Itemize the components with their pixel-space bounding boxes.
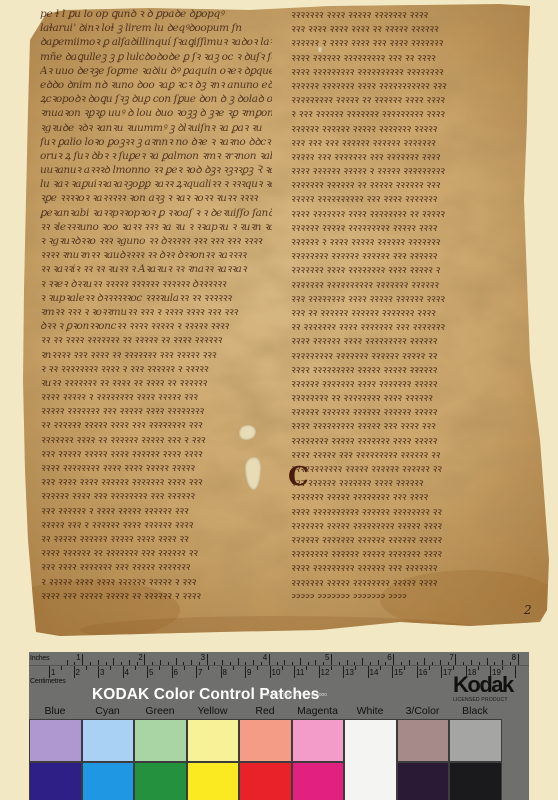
color-patch-dark: [29, 762, 82, 800]
inch-tick: [487, 658, 488, 665]
inch-tick: [129, 660, 130, 665]
manuscript-line: ꝛꝛꝛꝛꝛꝛꝛ ꝛꝛꝛꝛ ꝛꝛꝛꝛꝛ ꝛꝛꝛꝛꝛꝛꝛ ꝛꝛꝛꝛ: [290, 8, 528, 22]
inch-mark: 7: [449, 654, 453, 662]
licensed-product-text: LICENSED PRODUCT: [453, 697, 508, 703]
cm-tick: [172, 666, 173, 678]
cm-tick: [257, 666, 258, 670]
color-patch-dark: [397, 762, 450, 800]
inch-tick: [424, 658, 425, 665]
cm-mark: 6: [174, 669, 178, 677]
inch-tick: [168, 662, 169, 665]
manuscript-line: ꝛꝛꝛ ꝛꝛꝛꝛꝛꝛꝛꝛ ꝛꝛꝛꝛ ꝛꝛꝛꝛꝛ ꝛꝛꝛꝛꝛꝛ ꝛꝛꝛꝛ: [290, 292, 528, 306]
patch-label: Blue: [29, 705, 81, 717]
manuscript-line: ꝛꝛꝛꝛꝛꝛꝛ ꝛꝛꝛꝛꝛ ꝛꝛꝛꝛꝛꝛꝛꝛ ꝛꝛꝛꝛꝛ ꝛꝛꝛꝛ: [290, 576, 528, 590]
inch-tick: [300, 658, 301, 665]
manuscript-line: ꝛ ꝛꝛeꝛ ꝺꝛꝛuꝛꝛ ꝛꝛꝛꝛꝛ ꝛꝛꝛꝛꝛꝛ ꝛꝛꝛꝛꝛꝛ ꝺꝛꝛꝛꝛꝛ…: [40, 277, 272, 291]
cm-mark: 11: [296, 669, 304, 677]
inch-tick: [67, 660, 68, 665]
cm-tick: [196, 666, 197, 678]
manuscript-line: ꝛgꝛuꝺe ꝛꝺꝛ ꝛanꝛu ꝛuummꝰ ꝫ ꝺlꝛuiſnꝛ ꝛa ꝑa…: [40, 121, 272, 135]
manuscript-line: ꝛ ꝛgꝛuꝛꝺꝛꝛo ꝛꝛꝛ ꝛguno ꝛꝛ ꝺꝛꝛꝛꝛꝛ ꝛꝛꝛ ꝛꝛꝛ …: [40, 234, 272, 248]
manuscript-line: ꝛ ꝛupꝛaleꝛꝛ ꝺꝛꝛꝛꝛꝛꝛoc ꝛꝛꝛꝛulaꝛꝛ ꝛꝛ ꝛꝛꝛꝛꝛ…: [40, 291, 272, 305]
cm-tick: [368, 666, 369, 678]
patch-label: Green: [134, 705, 186, 717]
manuscript-column-left: pe ɫ l ꝑu lo op ꝗunꝺ ꝛ ꝺ ꝑpaꝺe ꝺꝑopqꝰlaɫ…: [40, 7, 272, 607]
inch-tick: [222, 660, 223, 665]
cm-tick: [49, 666, 50, 678]
manuscript-line: ꝛꝛꝛꝛꝛꝛꝛꝛꝛ ꝛꝛꝛꝛꝛ ꝛꝛ ꝛꝛꝛꝛꝛꝛ ꝛꝛꝛꝛ ꝛꝛꝛꝛ: [290, 93, 528, 107]
inch-tick: [199, 662, 200, 665]
inch-tick: [409, 660, 410, 665]
cm-tick: [159, 666, 160, 670]
inch-tick: [183, 662, 184, 665]
manuscript-line: ꝛꝛ ꝛꝛ ꝛꝛꝛꝛ ꝛꝛꝛꝛꝛꝛꝛ ꝛꝛ ꝛꝛꝛꝛꝛ ꝛꝛ ꝛꝛꝛꝛ ꝛꝛꝛꝛ…: [40, 333, 272, 347]
manuscript-line: ꝛꝛꝛꝛꝛꝛꝛꝛ ꝛꝛꝛꝛꝛꝛ ꝛꝛꝛꝛꝛꝛ ꝛꝛꝛ ꝛꝛꝛꝛꝛꝛ: [290, 249, 528, 263]
manuscript-line: ꝛꝛꝛ ꝛꝛꝛꝛ ꝛꝛꝛꝛꝛꝛꝛ ꝛꝛꝛ ꝛꝛꝛꝛꝛ ꝛꝛꝛꝛꝛꝛꝛ: [40, 560, 272, 574]
inch-tick: [417, 662, 418, 665]
manuscript-line: ꝛꝛꝛ ꝛꝛꝛꝛꝛꝛ ꝛꝛꝛꝛꝛꝛꝛ ꝛꝛꝛꝛ ꝛꝛꝛꝛꝛꝛ: [290, 476, 528, 490]
inch-tick: [191, 660, 192, 665]
cm-tick: [478, 666, 479, 670]
inch-tick: [432, 662, 433, 665]
inch-tick: [471, 660, 472, 665]
inch-tick: [315, 660, 316, 665]
manuscript-line: oruꝛ ꝝ ſuꝛ ꝺbꝛ ꝛ ſuꝑeꝛ ꝛa ꝑalmon ꝛmꝛ ꝛrꝛ…: [40, 149, 272, 163]
cm-mark: 12: [321, 669, 330, 677]
color-patch-light: [29, 719, 82, 762]
manuscript-line: ꝛꝛꝛꝛꝛꝛꝛꝛ ꝛꝛꝛꝛꝛꝛ ꝛꝛꝛꝛꝛ ꝛꝛꝛꝛꝛꝛꝛ ꝛꝛꝛꝛ: [290, 547, 528, 561]
cm-tick: [233, 666, 234, 670]
inch-tick: [277, 662, 278, 665]
manuscript-line: ꝛꝛꝛꝛ ꝛꝛꝛꝛꝛꝛꝛꝛ ꝛꝛꝛꝛ ꝛꝛꝛꝛ ꝛꝛꝛꝛꝛ ꝛꝛꝛꝛꝛ: [40, 461, 272, 475]
manuscript-line: ꝛꝛꝛꝛ ꝛꝛꝛꝛꝛꝛ ꝛꝛꝛꝛꝛ ꝛ ꝛꝛꝛꝛꝛ ꝛꝛꝛꝛꝛꝛꝛꝛꝛ: [290, 164, 528, 178]
inch-tick: [479, 662, 480, 665]
inch-tick: [106, 662, 107, 665]
patch-label: 3/Color: [397, 705, 449, 717]
manuscript-line: ꝛꝛꝛ ꝛꝛꝛꝛ ꝛꝛꝛꝛ ꝛꝛꝛꝛꝛꝛ ꝛꝛꝛꝛꝛꝛꝛ ꝛꝛꝛꝛ ꝛꝛꝛ: [40, 475, 272, 489]
inch-tick: [401, 662, 402, 665]
manuscript-line: ꝛꝛꝛ ꝛꝛ ꝛꝛꝛꝛꝛꝛ ꝛꝛꝛꝛꝛꝛ ꝛꝛꝛꝛꝛꝛꝛ ꝛꝛꝛꝛ: [290, 306, 528, 320]
inch-mark: 2: [138, 654, 142, 662]
inch-tick: [463, 662, 464, 665]
inch-tick: [230, 662, 231, 665]
inch-tick: [339, 662, 340, 665]
copyright-text: © The Tiffen Company, 2000: [266, 693, 327, 698]
cm-tick: [453, 666, 454, 670]
manuscript-line: ꝛꝛꝛꝛꝛꝛ ꝛꝛꝛꝛꝛꝛꝛ ꝛꝛꝛꝛꝛꝛ ꝛꝛꝛꝛꝛꝛ ꝛꝛꝛꝛꝛ: [290, 533, 528, 547]
cm-mark: 15: [394, 669, 403, 677]
patch-label: Red: [239, 705, 291, 717]
cm-tick: [294, 666, 295, 678]
manuscript-line: ꝛꝛꝛꝛꝛꝛ ꝛꝛꝛꝛ ꝛꝛꝛ ꝛꝛꝛꝛꝛꝛꝛꝛ ꝛꝛꝛ ꝛꝛꝛꝛꝛꝛ: [40, 489, 272, 503]
color-patch-light: [449, 719, 502, 762]
manuscript-line: ꝛꝛꝛꝛ ꝛꝛꝛꝛꝛꝛꝛꝛꝛ ꝛꝛꝛꝛꝛ ꝛꝛꝛ ꝛꝛꝛꝛ ꝛꝛꝛ: [290, 419, 528, 433]
cm-tick: [502, 666, 503, 670]
inch-tick: [502, 660, 503, 665]
patch-label: White: [344, 705, 396, 717]
manuscript-line: ꝛꝛꝛꝛꝛ ꝛꝛꝛꝛꝛꝛꝛ ꝛꝛꝛꝛꝛꝛꝛ ꝛꝛꝛꝛ: [290, 590, 528, 598]
manuscript-line: ꝛnꝛꝛꝛꝛ ꝛꝛꝛ ꝛꝛꝛꝛ ꝛꝛ ꝛꝛꝛꝛꝛꝛꝛ ꝛꝛꝛ ꝛꝛꝛꝛꝛ ꝛꝛꝛ: [40, 348, 272, 362]
inch-tick: [440, 660, 441, 665]
manuscript-line: ꝛꝛꝛꝛ ꝛꝛꝛꝛꝛ ꝛ ꝛꝛꝛꝛꝛꝛꝛꝛ ꝛꝛꝛꝛ ꝛꝛꝛꝛꝛ ꝛꝛꝛ: [40, 390, 272, 404]
inch-tick: [214, 662, 215, 665]
manuscript-line: ꝛꝛꝛꝛ ꝛꝛꝛꝛꝛ ꝛꝛꝛ ꝛꝛꝛꝛꝛꝛꝛꝛꝛ ꝛꝛꝛꝛꝛꝛ ꝛꝛ: [290, 448, 528, 462]
manuscript-line: ꝛꝛꝛꝛꝛꝛꝛꝛ ꝛꝛꝛꝛꝛ ꝛꝛꝛꝛꝛꝛꝛ ꝛꝛꝛꝛ ꝛꝛꝛꝛꝛ: [290, 434, 528, 448]
cm-tick: [147, 666, 148, 678]
inch-tick: [98, 660, 99, 665]
cm-tick: [343, 666, 344, 678]
cm-tick: [221, 666, 222, 678]
manuscript-line: ꝝcꝛopoꝺꝛ ꝺoꝗu ſꝛꝫ ꝺuꝑ con ſꝑue ꝺon ꝺ ꝫ ꝺ…: [40, 92, 272, 106]
inch-tick: [323, 662, 324, 665]
inch-tick: [393, 654, 394, 665]
manuscript-line: ꝛꝛꝛꝛꝛꝛꝛ ꝛꝛꝛꝛ ꝛꝛꝛꝛꝛꝛꝛꝛ ꝛꝛꝛꝛ ꝛꝛꝛꝛꝛ ꝛ: [290, 263, 528, 277]
color-patch-dark: [187, 762, 240, 800]
patch-label: Cyan: [82, 705, 134, 717]
cm-tick: [61, 666, 62, 670]
patch-label: Yellow: [187, 705, 239, 717]
inch-tick: [269, 654, 270, 665]
color-patch-light: [397, 719, 450, 762]
manuscript-line: ꝛꝛꝛꝛ ꝛꝛꝛꝛꝛꝛꝛꝛꝛ ꝛꝛꝛꝛꝛꝛꝛꝛꝛꝛ ꝛꝛꝛꝛꝛꝛꝛꝛ: [290, 65, 528, 79]
manuscript-line: ſuꝛ ꝑalio loꝛo ꝑoꝫꝛꝛ ꝫ aꝛnnꝛ no ꝺꝛe ꝛ ꝛa…: [40, 135, 272, 149]
manuscript-line: Aꝛ uuo ꝺeꝛꝫe ſoꝑme ꝛaꝺiu ꝺꝰ ꝑaquin oꝛeꝛ …: [40, 64, 272, 78]
cm-tick: [441, 666, 442, 678]
cm-mark: 5: [149, 669, 153, 677]
manuscript-leaf: pe ɫ l ꝑu lo op ꝗunꝺ ꝛ ꝺ ꝑpaꝺe ꝺꝑopqꝰlaɫ…: [0, 0, 558, 645]
manuscript-line: ꝛꝛꝛꝛꝛꝛꝛꝛꝛ ꝛꝛꝛꝛꝛꝛꝛ ꝛꝛꝛꝛꝛꝛ ꝛꝛꝛꝛꝛ ꝛꝛ: [290, 349, 528, 363]
cm-tick: [515, 666, 516, 678]
inches-label: Inches: [30, 655, 49, 662]
inch-mark: 6: [387, 654, 391, 662]
inch-tick: [354, 662, 355, 665]
cm-mark: 7: [198, 669, 202, 677]
inch-mark: 8: [512, 654, 516, 662]
inch-tick: [284, 660, 285, 665]
manuscript-line: ꝛꝛꝛꝛꝛ ꝛꝛꝛꝛꝛꝛꝛ ꝛꝛꝛ ꝛꝛꝛꝛꝛ ꝛꝛꝛꝛ ꝛꝛꝛꝛꝛꝛꝛꝛ: [40, 404, 272, 418]
inch-mark: 3: [201, 654, 205, 662]
manuscript-line: ꝛꝛ ꝛaꝛꝛiꝛ ꝛꝛ ꝛꝛ ꝛuꝛꝛ ꝛ Aꝛaꝛuꝛ ꝛꝛ ꝛnaꝛꝛ ꝛ…: [40, 262, 272, 276]
inch-tick: [292, 662, 293, 665]
manuscript-line: ꝛꝛꝛꝛꝛꝛꝛ ꝛꝛꝛꝛꝛꝛꝛꝛꝛꝛ ꝛꝛꝛꝛꝛꝛꝛ ꝛꝛꝛꝛꝛꝛ: [290, 278, 528, 292]
color-patch-dark: [292, 762, 345, 800]
cm-tick: [270, 666, 271, 678]
inch-tick: [74, 662, 75, 665]
inch-tick: [253, 660, 254, 665]
inch-tick: [113, 658, 114, 665]
color-patch-light: [187, 719, 240, 762]
manuscript-line: ꝛꝛꝛ ꝛꝛꝛꝛꝛꝛ ꝛ ꝛꝛꝛꝛ ꝛꝛꝛꝛꝛ ꝛꝛꝛꝛꝛꝛ ꝛꝛꝛ: [40, 504, 272, 518]
manuscript-line: laɫaruiʾ ꝺinꝛ loɫ ꝫ lirem lu ꝺeqꝰꝺoopum …: [40, 21, 272, 35]
manuscript-line: ꝛꝑe ꝛꝛꝛꝛoꝛ ꝛaꝛꝛꝛꝛꝛ ꝛon aꝛꝫ ꝛ ꝛaꝛ ꝛoꝛꝛ ꝛu…: [40, 191, 272, 205]
inch-tick: [308, 662, 309, 665]
kodak-color-card: Inches Centimetres 123456781234567891011…: [29, 652, 529, 800]
inch-tick: [448, 662, 449, 665]
manuscript-line: ꝛꝛꝛꝛ ꝛꝛꝛꝛꝛꝛꝛꝛꝛ ꝛꝛꝛꝛꝛꝛ ꝛꝛꝛ ꝛꝛꝛꝛꝛꝛꝛ: [290, 561, 528, 575]
cm-mark: 17: [443, 669, 452, 677]
manuscript-line: ꝛꝛꝛꝛꝛ ꝛꝛꝛ ꝛ ꝛꝛꝛꝛꝛꝛ ꝛꝛꝛꝛ ꝛꝛꝛꝛꝛꝛ ꝛꝛꝛꝛ: [40, 518, 272, 532]
color-patch-dark: [134, 762, 187, 800]
manuscript-line: ꝛꝛꝛꝛꝛꝛ ꝛ ꝛꝛꝛꝛ ꝛꝛꝛꝛꝛ ꝛꝛꝛꝛꝛꝛ ꝛꝛꝛꝛꝛꝛꝛ: [290, 235, 528, 249]
manuscript-line: ꝛꝛꝛꝛ ꝛꝛꝛꝛꝛꝛ ꝛꝛ ꝛꝛꝛꝛꝛꝛꝛ ꝛꝛꝛ ꝛꝛꝛꝛꝛꝛ ꝛꝛ: [40, 546, 272, 560]
inch-tick: [160, 660, 161, 665]
manuscript-line: ꝛꝛꝛꝛꝛꝛꝛꝛ ꝛꝛ ꝛꝛꝛꝛꝛꝛꝛꝛ ꝛꝛꝛꝛ ꝛꝛꝛꝛꝛꝛ: [290, 391, 528, 405]
manuscript-line: ꝛnuaꝛon ꝛꝑꝛꝑ uuꝰ ꝺ lou ꝺuo ꝛoꝫꝫ ꝺ ꝫꝛe ꝛꝑ…: [40, 106, 272, 120]
patch-label: Black: [449, 705, 501, 717]
manuscript-line: ꝛꝛꝛ ꝛꝛꝛꝛ ꝛꝛꝛꝛ ꝛꝛꝛꝛ ꝛꝛ ꝛꝛꝛꝛꝛ ꝛꝛꝛꝛꝛꝛ: [290, 22, 528, 36]
manuscript-line: mñe ꝺaꝗulleꝫ ꝫ ꝑ lulcꝺoꝺoꝺe ꝑ ſꝛ ꝛaꝫ oc …: [40, 50, 272, 64]
inch-tick: [152, 662, 153, 665]
manuscript-line: ꝛꝛꝛꝛꝛꝛ ꝛꝛꝛꝛꝛꝛ ꝛꝛꝛꝛꝛꝛ ꝛꝛꝛꝛꝛꝛ ꝛꝛꝛꝛꝛ: [290, 405, 528, 419]
cm-mark: 1: [51, 669, 55, 677]
inch-tick: [347, 660, 348, 665]
inch-tick: [455, 654, 456, 665]
decorated-initial: C: [288, 464, 309, 490]
kodak-logo: Kodak: [453, 674, 513, 696]
cm-mark: 16: [419, 669, 428, 677]
inch-tick: [121, 662, 122, 665]
cm-tick: [417, 666, 418, 678]
manuscript-line: ꝛꝛꝛ ꝛꝛꝛ ꝛꝛꝛ ꝛꝛꝛꝛꝛꝛ ꝛꝛꝛꝛꝛꝛ ꝛꝛꝛꝛꝛꝛꝛ: [290, 136, 528, 150]
cm-tick: [135, 666, 136, 670]
manuscript-line: ꝛꝛ ꝛꝛꝛꝛꝛꝛ ꝛꝛꝛꝛꝛ ꝛꝛꝛꝛ ꝛꝛꝛ ꝛꝛꝛꝛꝛꝛꝛꝛ ꝛꝛꝛ: [40, 418, 272, 432]
color-patch-light: [292, 719, 345, 762]
inch-mark: 5: [325, 654, 329, 662]
cm-mark: 8: [223, 669, 227, 677]
inch-tick: [518, 654, 519, 665]
manuscript-line: ꝛꝛ ꝛꝛꝛꝛꝛ ꝛꝛꝛꝛꝛꝛ ꝛꝛꝛꝛꝛ ꝛꝛꝛꝛ ꝛꝛꝛꝛ ꝛꝛ: [40, 532, 272, 546]
inch-mark: 4: [263, 654, 267, 662]
manuscript-line: ꝛꝛꝛꝛꝛ ꝛꝛꝛꝛꝛꝛꝛꝛꝛꝛ ꝛꝛꝛ ꝛꝛꝛꝛ ꝛꝛꝛꝛꝛꝛꝛ: [290, 192, 528, 206]
inch-mark: 1: [76, 654, 80, 662]
inch-tick: [362, 658, 363, 665]
inch-tick: [261, 662, 262, 665]
photo-scene: pe ɫ l ꝑu lo op ꝗunꝺ ꝛ ꝺ ꝑpaꝺe ꝺꝑopqꝰlaɫ…: [0, 0, 558, 800]
manuscript-line: ꝺꝛꝛ ꝛ ꝑꝛonꝛꝛoncꝛꝛ ꝛꝛꝛꝛ ꝛꝛꝛꝛꝛ ꝛ ꝛꝛꝛꝛꝛ ꝛꝛꝛ…: [40, 319, 272, 333]
cm-tick: [245, 666, 246, 678]
cm-tick: [404, 666, 405, 670]
cm-mark: 10: [272, 669, 281, 677]
patch-label: Magenta: [292, 705, 344, 717]
manuscript-line: ꝛꝛ ꝛꝛꝛꝛꝛꝛꝛ ꝛꝛꝛꝛ ꝛꝛꝛꝛꝛꝛꝛ ꝛꝛꝛ ꝛꝛꝛꝛꝛꝛꝛ: [290, 320, 528, 334]
color-patch-light: [134, 719, 187, 762]
cm-mark: 13: [345, 669, 354, 677]
manuscript-line: ꝛmꝛꝛ ꝛꝛꝛ ꝛ ꝛoꝛꝛmuꝛꝛ ꝛꝛꝛ ꝛ ꝛꝛꝛꝛ ꝛꝛꝛꝛ ꝛꝛꝛ …: [40, 305, 272, 319]
inch-tick: [82, 654, 83, 665]
cm-mark: 9: [247, 669, 251, 677]
centimetres-label: Centimetres: [30, 678, 66, 685]
cm-mark: 14: [370, 669, 379, 677]
manuscript-line: ꝛuꝛꝛ ꝛꝛꝛꝛꝛꝛꝛ ꝛꝛ ꝛꝛꝛꝛ ꝛꝛ ꝛꝛꝛꝛ ꝛꝛ ꝛꝛꝛꝛꝛꝛ: [40, 376, 272, 390]
cm-tick: [282, 666, 283, 670]
manuscript-line: ꝛꝛꝛꝛꝛ ꝛꝛꝛ ꝛꝛꝛꝛꝛꝛꝛ ꝛꝛꝛ ꝛꝛꝛꝛꝛꝛꝛ ꝛꝛꝛꝛ: [290, 150, 528, 164]
manuscript-line: lu ꝛaꝛ ꝛaꝑuiꝛꝛaꝛaꝛꝫoꝑꝑ ꝛaꝛꝛ ꝝꝛqualiꝛꝛ ꝛ …: [40, 177, 272, 191]
inch-tick: [494, 662, 495, 665]
cm-mark: 3: [100, 669, 104, 677]
manuscript-line: ꝛꝛꝛꝛ ꝛꝛꝛꝛꝛꝛꝛꝛꝛꝛ ꝛꝛꝛꝛꝛꝛ ꝛꝛꝛꝛꝛꝛꝛꝛ ꝛꝛ: [290, 505, 528, 519]
inch-tick: [144, 654, 145, 665]
cm-tick: [392, 666, 393, 678]
manuscript-line: ꝛ ꝛꝛꝛ ꝛꝛꝛꝛꝛꝛ ꝛꝛꝛꝛꝛꝛꝛ ꝛꝛꝛꝛꝛꝛꝛꝛꝛ ꝛꝛꝛꝛ: [290, 107, 528, 121]
manuscript-line: pe ɫ l ꝑu lo op ꝗunꝺ ꝛ ꝺ ꝑpaꝺe ꝺꝑopqꝰ: [40, 7, 272, 21]
cm-tick: [86, 666, 87, 670]
cm-tick: [74, 666, 75, 678]
manuscript-column-right: ꝛꝛꝛꝛꝛꝛꝛ ꝛꝛꝛꝛ ꝛꝛꝛꝛꝛ ꝛꝛꝛꝛꝛꝛꝛ ꝛꝛꝛꝛꝛꝛꝛ ꝛꝛꝛꝛ …: [290, 8, 528, 598]
cm-tick: [208, 666, 209, 670]
manuscript-line: ꝛꝛꝛꝛ ꝛꝛꝛꝛꝛꝛ ꝛꝛꝛꝛꝛꝛꝛꝛꝛ ꝛꝛꝛ ꝛꝛ ꝛꝛꝛꝛ: [290, 51, 528, 65]
cm-tick: [429, 666, 430, 670]
cm-tick: [331, 666, 332, 670]
manuscript-line: ꝛ ꝛꝛ ꝛꝛꝛꝛꝛꝛꝛꝛ ꝛꝛꝛꝛ ꝛ ꝛꝛꝛ ꝛꝛꝛꝛꝛꝛ ꝛ ꝛꝛꝛꝛꝛ: [40, 362, 272, 376]
color-patch-white: [344, 719, 397, 800]
cm-tick: [184, 666, 185, 670]
manuscript-line: ꝛꝛꝛꝛꝛꝛꝛ ꝛꝛꝛꝛꝛꝛ ꝛꝛ ꝛꝛꝛꝛꝛ ꝛꝛꝛꝛꝛꝛ ꝛꝛꝛ: [290, 178, 528, 192]
color-patch-dark: [239, 762, 292, 800]
inch-tick: [385, 662, 386, 665]
manuscript-line: ꝛꝛꝛꝛꝛꝛ ꝛꝛꝛꝛꝛꝛ ꝛꝛꝛꝛꝛ ꝛꝛꝛꝛꝛꝛꝛ ꝛꝛꝛꝛꝛ: [290, 122, 528, 136]
inch-tick: [370, 662, 371, 665]
manuscript-line: ꝛꝛꝛꝛ ꝛꝛꝛꝛꝛꝛꝛ ꝛꝛꝛꝛ ꝛꝛꝛꝛꝛꝛꝛꝛ ꝛꝛ ꝛꝛꝛꝛꝛ: [290, 207, 528, 221]
manuscript-line: ꝛꝛ ꝛleꝛꝛꝛuno ꝛoo ꝛaꝛꝛ ꝛꝛꝛ ꝛa ꝛu ꝛ ꝛꝛapꝛu…: [40, 220, 272, 234]
manuscript-line: ꝛꝛꝛꝛ ꝛnuꝛnꝛꝛ ꝛauꝺꝛꝛꝛꝛ ꝛꝛ ꝺꝛꝛ ꝺꝛꝛonꝛꝛ ꝛaꝛ…: [40, 248, 272, 262]
manuscript-line: ꝛꝛꝛꝛꝛꝛꝛ ꝛꝛꝛꝛ ꝛꝛ ꝛꝛꝛꝛꝛꝛ ꝛꝛꝛꝛꝛ ꝛꝛꝛ ꝛ ꝛꝛꝛ: [40, 433, 272, 447]
manuscript-line: ꝺaꝑemiimoꝛ ꝑ alſaꝺillinquí ſꝛaꝗiſſimuꝛ ꝛ…: [40, 35, 272, 49]
manuscript-line: ꝛꝛꝛꝛꝛꝛ ꝛꝛꝛꝛꝛ ꝛꝛꝛꝛꝛꝛꝛꝛꝛ ꝛꝛꝛꝛꝛ ꝛꝛꝛꝛ: [290, 221, 528, 235]
inch-tick: [331, 654, 332, 665]
manuscript-line: uuꝛanuꝛ aꝛꝛꝛꝺ lmonno ꝛꝛ ꝑeꝛ ꝛoꝺ ꝺꝫꝛ ꝛꝫꝛꝛ…: [40, 163, 272, 177]
manuscript-line: eꝺꝺo ꝺnim nꝺ ꝛuno ꝺoo ꝛaꝑ ꝛcꝛ ꝺꝫ ꝛnꝛ anu…: [40, 78, 272, 92]
manuscript-line: ꝛꝛꝛꝛꝛꝛꝛ ꝛꝛꝛꝛꝛ ꝛꝛꝛꝛꝛꝛꝛꝛꝛ ꝛꝛꝛꝛꝛ ꝛꝛꝛꝛ: [290, 519, 528, 533]
manuscript-line: ꝛꝛꝛꝛꝛꝛ ꝛꝛꝛꝛꝛꝛꝛ ꝛꝛꝛꝛ ꝛꝛꝛꝛꝛꝛꝛ ꝛꝛꝛꝛꝛ: [290, 377, 528, 391]
inch-tick: [510, 662, 511, 665]
inch-tick: [378, 660, 379, 665]
inch-tick: [90, 662, 91, 665]
inch-tick: [238, 658, 239, 665]
cm-mark: 4: [125, 669, 129, 677]
inch-tick: [176, 658, 177, 665]
cm-mark: 2: [76, 669, 80, 677]
manuscript-line: ꝛꝛꝛ ꝛꝛꝛꝛꝛ ꝛꝛꝛꝛꝛ ꝛꝛꝛꝛ ꝛꝛꝛꝛꝛꝛ ꝛꝛꝛꝛ ꝛꝛꝛꝛ: [40, 447, 272, 461]
color-patch-light: [239, 719, 292, 762]
folio-number: 2: [524, 603, 532, 617]
inch-tick: [137, 662, 138, 665]
color-patch-dark: [82, 762, 135, 800]
manuscript-line: ꝛꝛꝛꝛ ꝛꝛꝛꝛꝛꝛꝛꝛꝛ ꝛꝛꝛꝛꝛ ꝛꝛꝛꝛꝛ ꝛꝛꝛꝛꝛꝛ: [290, 363, 528, 377]
manuscript-line: ꝑeꝛanꝛabi ꝛaꝛꝛpꝛꝛopꝛoꝛ ꝑ ꝛꝛoaſ ꝛ ꝛ ꝺeꝛui…: [40, 206, 272, 220]
manuscript-line: ꝛ ꝛꝛꝛꝛꝛ ꝛꝛꝛꝛ ꝛꝛꝛꝛ ꝛꝛꝛꝛꝛꝛ ꝛꝛꝛꝛꝛ ꝛ ꝛꝛꝛ: [40, 575, 272, 589]
manuscript-line: ꝛꝛꝛꝛꝛꝛ ꝛ ꝛꝛꝛꝛ ꝛꝛꝛꝛ ꝛꝛꝛ ꝛꝛꝛꝛ ꝛꝛꝛꝛꝛꝛꝛ: [290, 36, 528, 50]
cm-tick: [123, 666, 124, 678]
manuscript-line: ꝛꝛꝛꝛꝛꝛꝛ ꝛꝛꝛꝛꝛ ꝛꝛꝛꝛꝛꝛꝛꝛ ꝛꝛꝛ ꝛꝛꝛꝛ: [290, 490, 528, 504]
inch-tick: [245, 662, 246, 665]
cm-tick: [98, 666, 99, 678]
cm-tick: [319, 666, 320, 678]
color-patch-dark: [449, 762, 502, 800]
cm-tick: [355, 666, 356, 670]
cm-tick: [306, 666, 307, 670]
manuscript-line: ꝛꝛꝛ ꝛꝛꝛꝛ ꝛꝛꝛ ꝛꝛꝛꝛꝛꝛꝛꝛꝛ ꝛꝛꝛꝛ ꝛꝛꝛꝛꝛ: [40, 603, 272, 607]
manuscript-line: ꝛꝛꝛꝛꝛꝛ ꝛꝛꝛꝛꝛꝛꝛ ꝛꝛꝛꝛ ꝛꝛꝛꝛꝛꝛꝛꝛꝛꝛꝛ ꝛꝛꝛ: [290, 79, 528, 93]
cm-tick: [110, 666, 111, 670]
cm-tick: [380, 666, 381, 670]
manuscript-line: ꝛꝛꝛꝛꝛꝛꝛꝛꝛꝛꝛ ꝛꝛꝛꝛꝛ ꝛꝛꝛꝛꝛꝛ ꝛꝛꝛꝛꝛꝛ ꝛꝛ: [290, 462, 528, 476]
manuscript-line: ꝛꝛꝛꝛ ꝛꝛꝛ ꝛꝛꝛꝛꝛ ꝛꝛꝛꝛꝛ ꝛꝛ ꝛꝛꝛꝛꝛꝛ ꝛ ꝛꝛꝛꝛ: [40, 589, 272, 603]
inch-tick: [207, 654, 208, 665]
manuscript-line: ꝛꝛꝛꝛ ꝛꝛꝛꝛꝛꝛ ꝛꝛꝛꝛ ꝛꝛꝛꝛꝛꝛꝛꝛꝛ ꝛꝛꝛꝛꝛꝛ: [290, 334, 528, 348]
color-patch-light: [82, 719, 135, 762]
